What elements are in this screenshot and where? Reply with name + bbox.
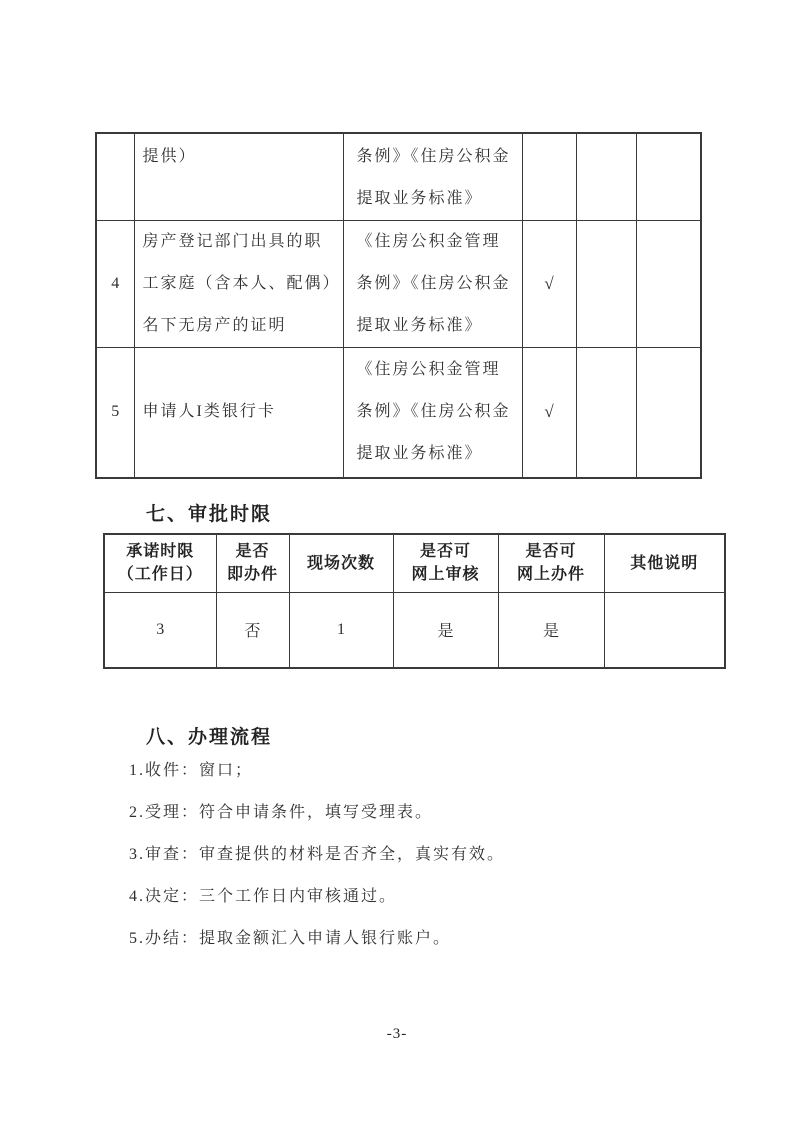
checkmark-cell: √ [522,348,576,478]
header-cell: 其他说明 [604,534,725,592]
table-header-row: 承诺时限 （工作日） 是否 即办件 现场次数 是否可 网上审核 是否可 网上办件… [104,534,725,592]
empty-cell [576,221,636,348]
empty-cell [636,348,701,478]
row-number-cell: 5 [96,348,134,478]
material-name-cell: 申请人I类银行卡 [134,348,343,478]
value-cell [604,592,725,668]
header-cell: 现场次数 [289,534,393,592]
empty-cell [636,221,701,348]
value-cell: 否 [216,592,289,668]
section7-title: 七、审批时限 [146,499,272,526]
legal-basis-cell: 《住房公积金管理 条例》《住房公积金 提取业务标准》 [343,348,522,478]
material-name-cell: 房产登记部门出具的职 工家庭（含本人、配偶） 名下无房产的证明 [134,221,343,348]
process-steps-list: 1.收件：窗口； 2.受理：符合申请条件，填写受理表。 3.审查：审查提供的材料… [129,750,505,960]
header-cell: 是否 即办件 [216,534,289,592]
process-step: 5.办结：提取金额汇入申请人银行账户。 [129,918,505,960]
table-row: 3 否 1 是 是 [104,592,725,668]
empty-cell [636,133,701,221]
checkmark-cell: √ [522,221,576,348]
header-cell: 是否可 网上办件 [498,534,604,592]
row-number-cell [96,133,134,221]
approval-table: 承诺时限 （工作日） 是否 即办件 现场次数 是否可 网上审核 是否可 网上办件… [103,533,726,669]
section8-title: 八、办理流程 [146,722,272,749]
process-step: 4.决定：三个工作日内审核通过。 [129,876,505,918]
empty-cell [576,133,636,221]
value-cell: 1 [289,592,393,668]
checkmark-cell [522,133,576,221]
value-cell: 是 [498,592,604,668]
legal-basis-cell: 条例》《住房公积金 提取业务标准》 [343,133,522,221]
material-name-cell: 提供） [134,133,343,221]
value-cell: 是 [393,592,498,668]
table-row: 5 申请人I类银行卡 《住房公积金管理 条例》《住房公积金 提取业务标准》 √ [96,348,701,478]
table-row: 提供） 条例》《住房公积金 提取业务标准》 [96,133,701,221]
header-cell: 承诺时限 （工作日） [104,534,216,592]
materials-table: 提供） 条例》《住房公积金 提取业务标准》 4 房产登记部门出具的职 工家庭（含… [95,132,702,479]
process-step: 2.受理：符合申请条件，填写受理表。 [129,792,505,834]
row-number-cell: 4 [96,221,134,348]
process-step: 3.审查：审查提供的材料是否齐全，真实有效。 [129,834,505,876]
empty-cell [576,348,636,478]
process-step: 1.收件：窗口； [129,750,505,792]
value-cell: 3 [104,592,216,668]
header-cell: 是否可 网上审核 [393,534,498,592]
legal-basis-cell: 《住房公积金管理 条例》《住房公积金 提取业务标准》 [343,221,522,348]
page-number: -3- [0,1026,794,1043]
table-row: 4 房产登记部门出具的职 工家庭（含本人、配偶） 名下无房产的证明 《住房公积金… [96,221,701,348]
document-page: 提供） 条例》《住房公积金 提取业务标准》 4 房产登记部门出具的职 工家庭（含… [0,0,794,1122]
